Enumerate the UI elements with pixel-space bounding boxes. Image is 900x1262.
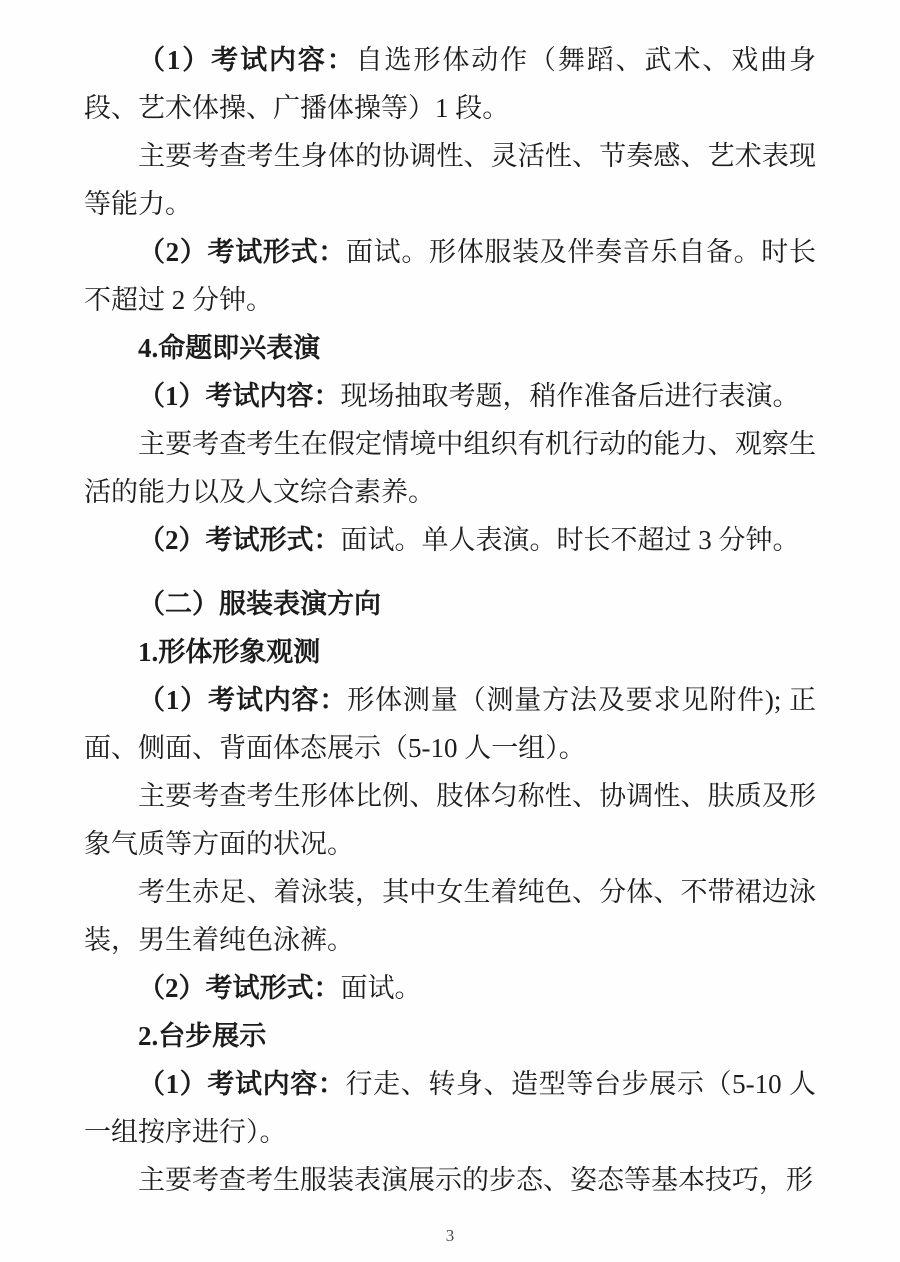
section-heading: 4.命题即兴表演	[84, 324, 816, 372]
paragraph-text: 2.台步展示	[138, 1021, 266, 1051]
paragraph-text: （二）服装表演方向	[138, 589, 381, 619]
paragraph-text: 主要考查考生在假定情境中组织有机行动的能力、观察生活的能力以及人文综合素养。	[84, 429, 816, 507]
paragraph: （2）考试形式：面试。形体服装及伴奏音乐自备。时长不超过 2 分钟。	[84, 228, 816, 324]
paragraph-label: （1）考试内容：	[138, 1069, 345, 1099]
paragraph: 主要考查考生在假定情境中组织有机行动的能力、观察生活的能力以及人文综合素养。	[84, 420, 816, 516]
paragraph-text: 考生赤足、着泳装，其中女生着纯色、分体、不带裙边泳装，男生着纯色泳裤。	[84, 877, 816, 955]
paragraph-text: 主要考查考生形体比例、肢体匀称性、协调性、肤质及形象气质等方面的状况。	[84, 781, 816, 859]
paragraph: （1）考试内容：现场抽取考题，稍作准备后进行表演。	[84, 372, 816, 420]
paragraph-label: （2）考试形式：	[138, 237, 346, 267]
section-heading: （二）服装表演方向	[84, 580, 816, 628]
paragraph: （1）考试内容：行走、转身、造型等台步展示（5-10 人一组按序进行）。	[84, 1060, 816, 1156]
paragraph-text: 4.命题即兴表演	[138, 333, 320, 363]
paragraph-text: 面试。	[341, 973, 422, 1003]
paragraph-text: 现场抽取考题，稍作准备后进行表演。	[341, 381, 800, 411]
section-heading: 2.台步展示	[84, 1012, 816, 1060]
paragraph: （1）考试内容：形体测量（测量方法及要求见附件); 正面、侧面、背面体态展示（5…	[84, 676, 816, 772]
paragraph: 主要考查考生形体比例、肢体匀称性、协调性、肤质及形象气质等方面的状况。	[84, 772, 816, 868]
document-page: （1）考试内容：自选形体动作（舞蹈、武术、戏曲身段、艺术体操、广播体操等）1 段…	[0, 0, 900, 1262]
page-number: 3	[0, 1226, 900, 1246]
paragraph-label: （2）考试形式：	[138, 973, 341, 1003]
paragraph: （2）考试形式：面试。	[84, 964, 816, 1012]
section-heading: 1.形体形象观测	[84, 628, 816, 676]
paragraph-label: （2）考试形式：	[138, 525, 341, 555]
paragraph: 考生赤足、着泳装，其中女生着纯色、分体、不带裙边泳装，男生着纯色泳裤。	[84, 868, 816, 964]
paragraph: （1）考试内容：自选形体动作（舞蹈、武术、戏曲身段、艺术体操、广播体操等）1 段…	[84, 36, 816, 132]
document-body: （1）考试内容：自选形体动作（舞蹈、武术、戏曲身段、艺术体操、广播体操等）1 段…	[84, 36, 816, 1204]
paragraph: （2）考试形式：面试。单人表演。时长不超过 3 分钟。	[84, 516, 816, 564]
paragraph-text: 面试。单人表演。时长不超过 3 分钟。	[341, 525, 800, 555]
paragraph-text: 1.形体形象观测	[138, 637, 320, 667]
paragraph-label: （1）考试内容：	[138, 45, 356, 75]
paragraph: 主要考查考生身体的协调性、灵活性、节奏感、艺术表现等能力。	[84, 132, 816, 228]
paragraph-label: （1）考试内容：	[138, 381, 341, 411]
paragraph-text: 主要考查考生身体的协调性、灵活性、节奏感、艺术表现等能力。	[84, 141, 816, 219]
paragraph: 主要考查考生服装表演展示的步态、姿态等基本技巧，形	[84, 1156, 816, 1204]
paragraph-text: 主要考查考生服装表演展示的步态、姿态等基本技巧，形	[138, 1165, 813, 1195]
paragraph-label: （1）考试内容：	[138, 685, 347, 715]
